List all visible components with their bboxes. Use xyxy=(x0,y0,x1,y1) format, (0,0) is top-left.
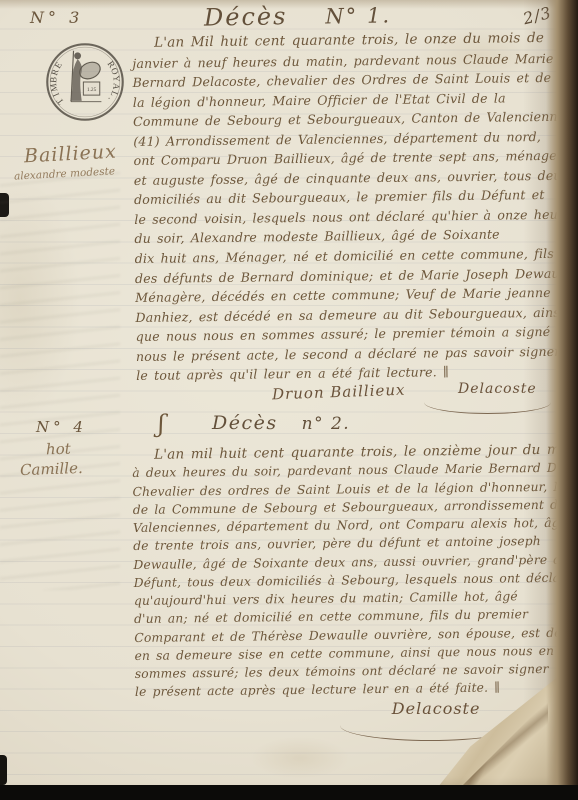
act1-title-word: Décès xyxy=(204,2,288,31)
act1-margin-firstnames: alexandre modeste xyxy=(14,165,116,182)
act2-text-block: L'an mil huit cent quarante trois, le on… xyxy=(132,441,571,702)
svg-text:M: M xyxy=(48,83,59,93)
stamp-figure xyxy=(70,51,103,102)
photo-bottom-border xyxy=(0,785,578,800)
signature-delacoste-act2: Delacoste xyxy=(392,699,481,718)
act2-margin-surname: hot xyxy=(46,440,71,459)
act2-paraph-flourish: ʃ xyxy=(158,410,165,438)
register-page: N° 3 DécèsN° 1. 2/3 T I M B R E R O Y A … xyxy=(0,0,578,800)
act1-title-number: N° 1. xyxy=(325,3,391,28)
act2-title-word: Décès xyxy=(212,412,278,434)
timbre-royal-stamp: T I M B R E R O Y A L . xyxy=(44,41,126,123)
book-binding-edge xyxy=(546,0,578,800)
act2-text-line: le présent acte après que lecture leur e… xyxy=(135,678,571,702)
act1-text-block: L'an Mil huit cent quarante trois, le on… xyxy=(132,29,572,386)
left-bottom-binding-mark xyxy=(0,755,7,785)
act1-title: DécèsN° 1. xyxy=(204,0,391,31)
svg-text:.: . xyxy=(107,96,117,103)
left-edge-binding-mark xyxy=(0,193,9,217)
signature-delacoste-act1: Delacoste xyxy=(458,381,537,397)
svg-text:E: E xyxy=(52,60,64,70)
signature-druon-baillieux: Druon Baillieux xyxy=(272,381,406,404)
act2-title: Décèsn° 2. xyxy=(212,412,350,434)
svg-text:B: B xyxy=(48,76,58,83)
act2-margin-firstname: Camille. xyxy=(20,459,83,479)
scanned-register-photo: N° 3 DécèsN° 1. 2/3 T I M B R E R O Y A … xyxy=(0,0,578,800)
act2-title-number: n° 2. xyxy=(302,414,351,434)
act1-margin-surname: Baillieux xyxy=(23,141,117,168)
stamp-value: 1.25 xyxy=(87,87,97,93)
svg-text:Y: Y xyxy=(111,75,122,83)
act1-margin-number: N° 3 xyxy=(30,8,83,27)
act2-margin-number: N° 4 xyxy=(36,418,87,436)
